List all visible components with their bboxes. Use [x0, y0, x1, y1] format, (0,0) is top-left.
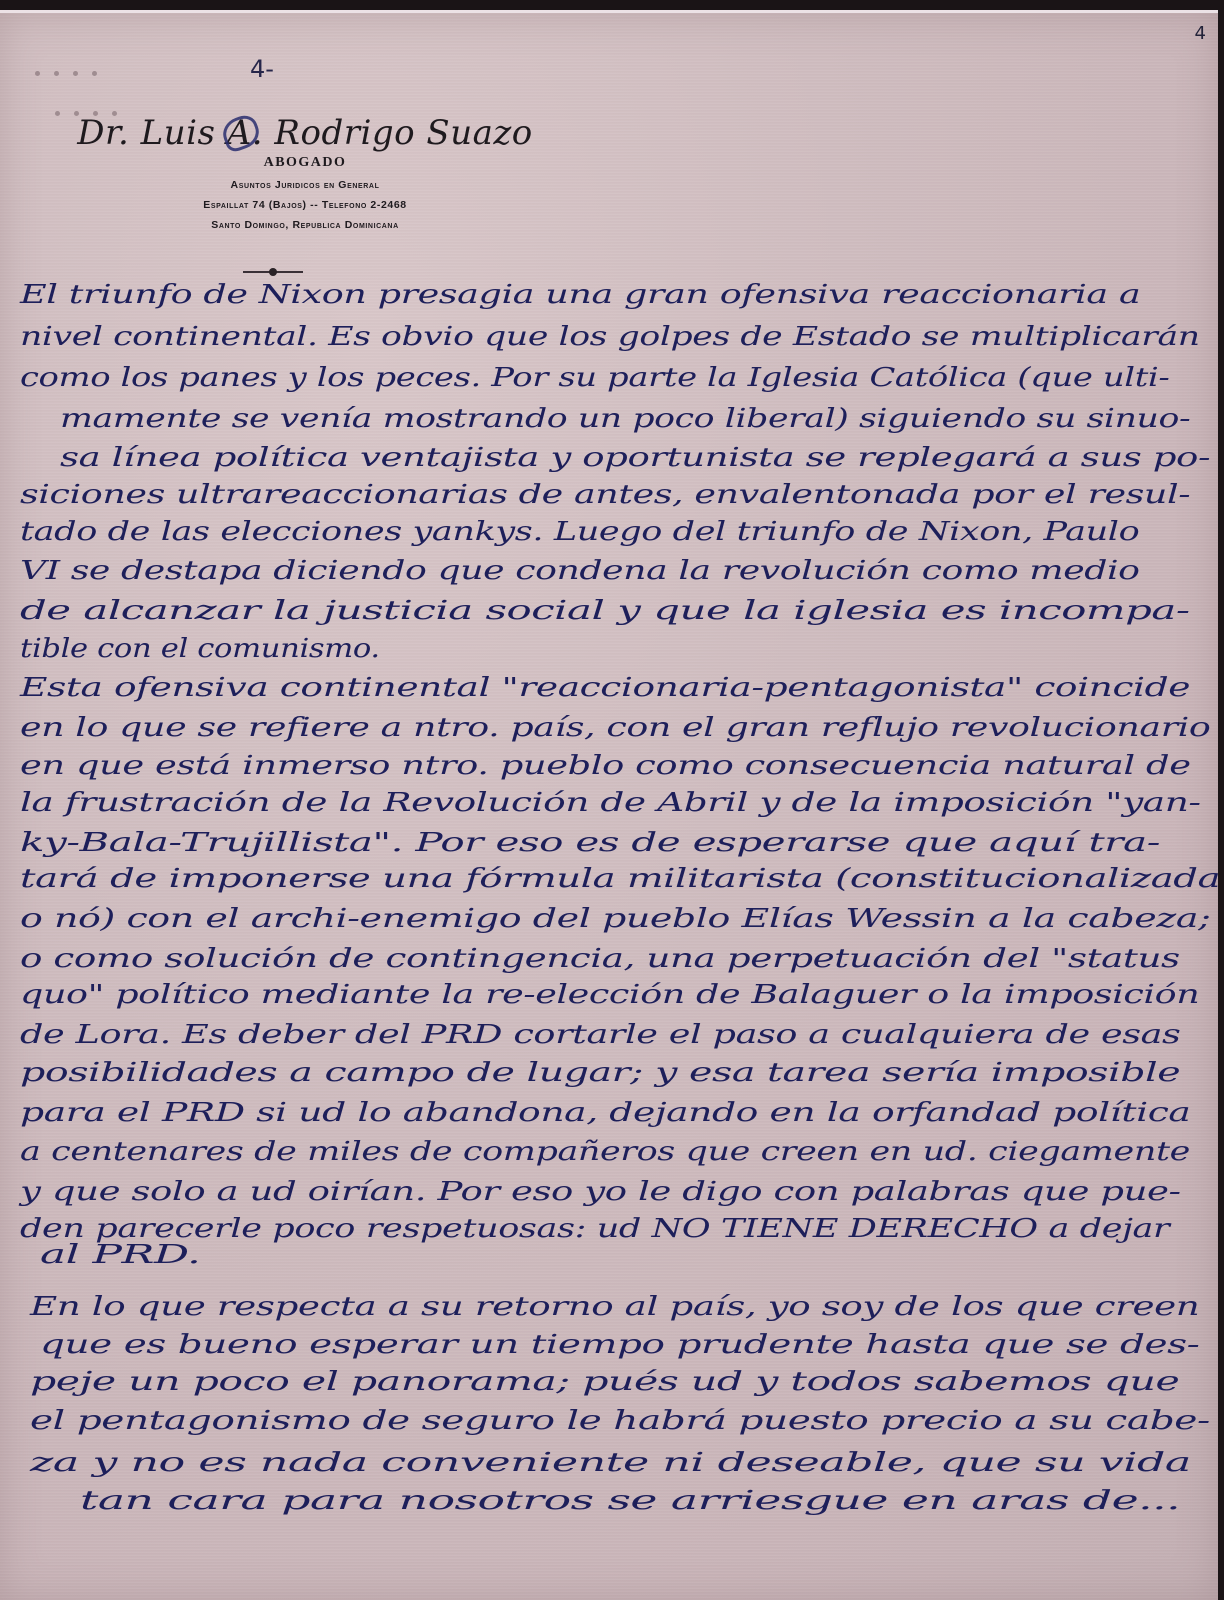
handwritten-line: tan cara para nosotros se arriesgue en a… [80, 1481, 1180, 1521]
page-number-corner: 4 [1195, 23, 1206, 44]
handwritten-line: a centenares de miles de compañeros que … [20, 1132, 1190, 1172]
handwritten-line: tible con el comunismo. [20, 629, 380, 669]
letterhead-name: Dr. Luis A. Rodrigo Suazo [60, 113, 550, 153]
handwritten-line: En lo que respecta a su retorno al país,… [30, 1287, 1199, 1327]
handwritten-line: mamente se venía mostrando un poco liber… [60, 399, 1190, 439]
handwritten-line: VI se destapa diciendo que condena la re… [20, 551, 1140, 591]
handwritten-line: en lo que se refiere a ntro. país, con e… [20, 708, 1210, 748]
letterhead-address: Espaillat 74 (Bajos) -- Telefono 2-2468 [60, 199, 550, 211]
handwritten-line: que es bueno esperar un tiempo prudente … [40, 1325, 1199, 1365]
handwritten-line: como los panes y los peces. Por su parte… [20, 358, 1169, 398]
handwritten-line: peje un poco el panorama; pués ud y todo… [30, 1362, 1179, 1402]
handwritten-line: siciones ultrareaccionarias de antes, en… [20, 475, 1190, 515]
handwritten-line: nivel continental. Es obvio que los golp… [20, 317, 1200, 357]
handwritten-line: el pentagonismo de seguro le habrá puest… [30, 1401, 1210, 1441]
handwritten-line: o como solución de contingencia, una per… [20, 939, 1180, 979]
letterhead: Dr. Luis A. Rodrigo Suazo ABOGADO Asunto… [60, 113, 550, 231]
letterhead-services: Asuntos Juridicos en General [60, 179, 550, 191]
handwritten-line: de Lora. Es deber del PRD cortarle el pa… [20, 1015, 1180, 1055]
name-first: Dr. Luis [77, 113, 227, 153]
handwritten-line: za y no es nada conveniente ni deseable,… [30, 1443, 1191, 1483]
letterhead-title: ABOGADO [60, 155, 550, 171]
handwritten-line: al PRD. [40, 1235, 200, 1275]
letter-page: 4- 4 Dr. Luis A. Rodrigo Suazo ABOGADO A… [0, 10, 1218, 1600]
handwritten-line: quo" político mediante la re-elección de… [20, 975, 1199, 1015]
handwritten-line: ky-Bala-Trujillista". Por eso es de espe… [20, 823, 1160, 863]
handwritten-line: en que está inmerso ntro. pueblo como co… [20, 746, 1191, 786]
handwritten-line: o nó) con el archi-enemigo del pueblo El… [20, 899, 1210, 939]
handwritten-line: para el PRD si ud lo abandona, dejando e… [20, 1093, 1190, 1133]
handwritten-line: y que solo a ud oirían. Por eso yo le di… [20, 1172, 1181, 1212]
letterhead-ornament-divider [243, 271, 303, 273]
handwritten-line: sa línea política ventajista y oportunis… [60, 438, 1210, 478]
name-last: Rodrigo Suazo [263, 113, 533, 153]
struck-initial: A. [227, 113, 263, 153]
handwritten-line: tará de imponerse una fórmula militarist… [20, 859, 1220, 899]
handwritten-line: El triunfo de Nixon presagia una gran of… [20, 275, 1140, 315]
handwritten-line: Esta ofensiva continental "reaccionaria-… [20, 668, 1190, 708]
handwritten-line: la frustración de la Revolución de Abril… [20, 783, 1201, 823]
handwritten-line: posibilidades a campo de lugar; y esa ta… [20, 1053, 1180, 1093]
handwritten-line: de alcanzar la justicia social y que la … [20, 591, 1190, 631]
letterhead-city: Santo Domingo, Republica Dominicana [60, 219, 550, 231]
handwritten-line: tado de las elecciones yankys. Luego del… [20, 512, 1139, 552]
page-number-handwritten: 4- [250, 55, 274, 83]
